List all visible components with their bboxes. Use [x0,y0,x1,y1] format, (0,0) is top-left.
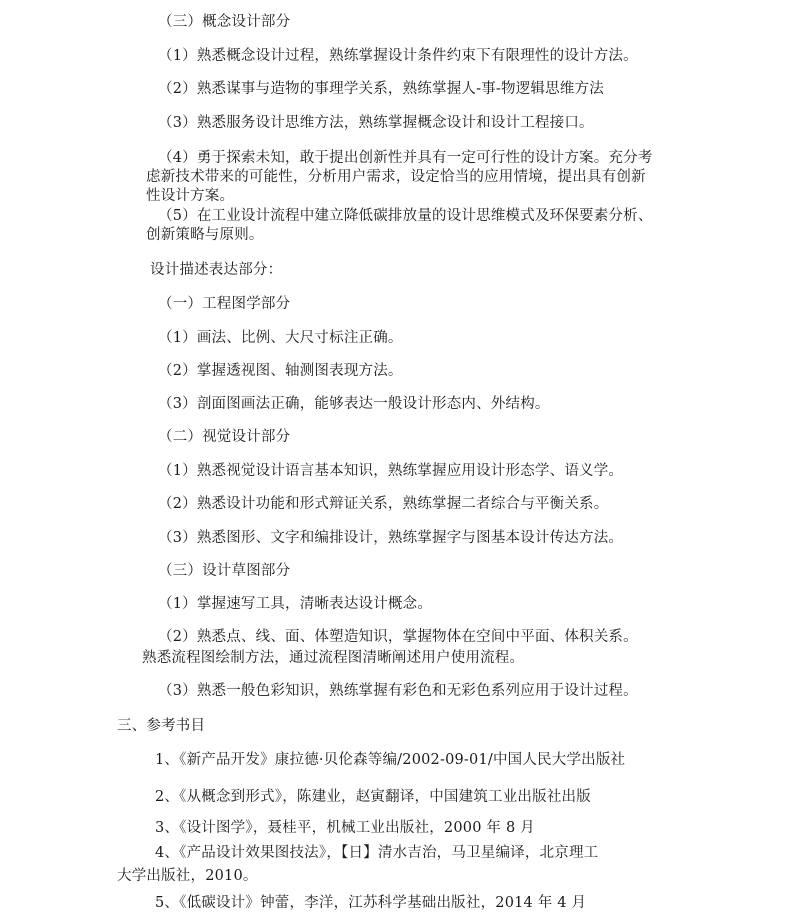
reference-item-5: 5、《低碳设计》钟蕾，李洋，江苏科学基础出版社，2014 年 4 月 [155,893,586,913]
design-expression-heading: 设计描述表达部分： [150,260,282,280]
engineering-heading: （一）工程图学部分 [158,294,290,314]
visual-item-1: （1）熟悉视觉设计语言基本知识，熟练掌握应用设计形态学、语义学。 [158,461,623,481]
sketch-item-2-line-1: （2）熟悉点、线、面、体塑造知识，掌握物体在空间中平面、体积关系。 [158,627,638,647]
sketch-item-2-line-2: 熟悉流程图绘制方法，通过流程图清晰阐述用户使用流程。 [142,648,524,668]
reference-item-2: 2、《从概念到形式》，陈建业，赵寅翻译，中国建筑工业出版社出版 [155,787,591,807]
concept-section-heading: （三）概念设计部分 [158,12,290,32]
reference-item-4-line-1: 4、《产品设计效果图技法》，【日】清水吉治，马卫星编译，北京理工 [155,843,598,863]
engineering-item-1: （1）画法、比例、大尺寸标注正确。 [158,328,403,348]
engineering-item-3: （3）剖面图画法正确，能够表达一般设计形态内、外结构。 [158,394,550,414]
visual-item-2: （2）熟悉设计功能和形式辩证关系，熟练掌握二者综合与平衡关系。 [158,494,608,514]
engineering-item-2: （2）掌握透视图、轴测图表现方法。 [158,361,403,381]
visual-item-3: （3）熟悉图形、文字和编排设计，熟练掌握字与图基本设计传达方法。 [158,528,623,548]
reference-item-1: 1、《新产品开发》康拉德·贝伦森等编/2002-09-01/中国人民大学出版社 [155,750,625,770]
concept-item-2: （2）熟悉谋事与造物的事理学关系，熟练掌握人-事-物逻辑思维方法 [158,79,604,99]
reference-item-3: 3、《设计图学》，聂桂平，机械工业出版社，2000 年 8 月 [155,818,535,838]
concept-item-4-line-1: （4）勇于探索未知，敢于提出创新性并具有一定可行性的设计方案。充分考 [158,148,653,168]
sketch-item-3: （3）熟悉一般色彩知识，熟练掌握有彩色和无彩色系列应用于设计过程。 [158,681,638,701]
reference-item-4-line-2: 大学出版社，2010。 [117,866,258,886]
concept-item-3: （3）熟悉服务设计思维方法，熟练掌握概念设计和设计工程接口。 [158,113,594,133]
concept-item-4-line-3: 性设计方案。 [146,186,234,206]
sketch-heading: （三）设计草图部分 [158,561,290,581]
visual-heading: （二）视觉设计部分 [158,427,290,447]
sketch-item-1: （1）掌握速写工具，清晰表达设计概念。 [158,594,432,614]
concept-item-5-line-1: （5）在工业设计流程中建立降低碳排放量的设计思维模式及环保要素分析、 [158,206,653,226]
concept-item-4-line-2: 虑新技术带来的可能性，分析用户需求，设定恰当的应用情境，提出具有创新 [146,167,646,187]
concept-item-5-line-2: 创新策略与原则。 [146,225,264,245]
concept-item-1: （1）熟悉概念设计过程，熟练掌握设计条件约束下有限理性的设计方法。 [158,46,638,66]
references-heading: 三、参考书目 [117,716,205,736]
